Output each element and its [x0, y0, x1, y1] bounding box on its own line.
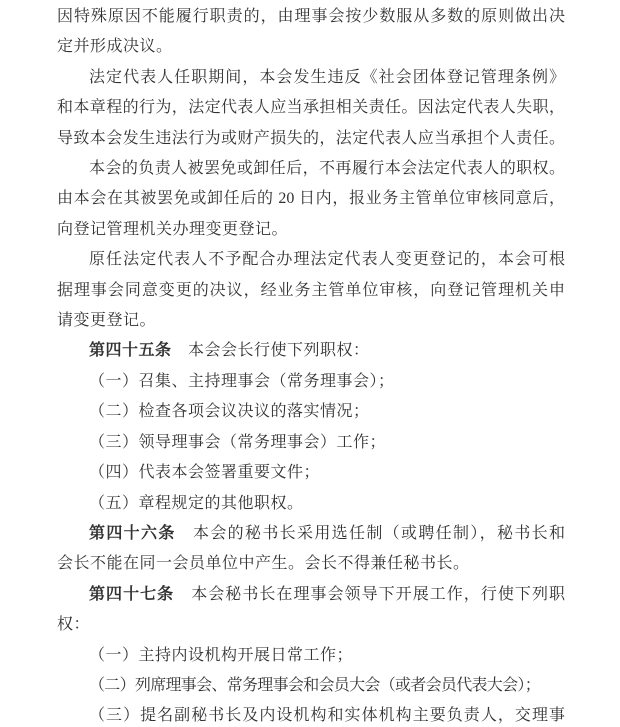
text-line: （二）检查各项会议决议的落实情况；	[57, 397, 565, 427]
text-line: （一）主持内设机构开展日常工作；	[57, 641, 565, 671]
text-segment: （二）检查各项会议决议的落实情况；	[89, 403, 370, 420]
text-line: （一）召集、主持理事会（常务理事会）；	[57, 367, 565, 397]
text-line: 据理事会同意变更的决议，经业务主管单位审核，向登记管理机关申	[57, 276, 565, 306]
article-number: 第四十六条	[89, 525, 176, 542]
text-line: （四）代表本会签署重要文件；	[57, 458, 565, 488]
text-line: （三）领导理事会（常务理事会）工作；	[57, 428, 565, 458]
text-line: 会长不能在同一会员单位中产生。会长不得兼任秘书长。	[57, 549, 565, 579]
text-segment: 原任法定代表人不予配合办理法定代表人变更登记的，本会可根	[89, 251, 565, 268]
text-segment: 由本会在其被罢免或卸任后的 20 日内，报业务主管单位审核同意后，	[57, 190, 565, 207]
text-line: 因特殊原因不能履行职责的，由理事会按少数服从多数的原则做出决	[57, 2, 565, 32]
document-text-block: 因特殊原因不能履行职责的，由理事会按少数服从多数的原则做出决定并形成决议。法定代…	[57, 2, 565, 727]
text-line: 向登记管理机关办理变更登记。	[57, 215, 565, 245]
text-line: （三）提名副秘书长及内设机构和实体机构主要负责人，交理事	[57, 701, 565, 727]
text-segment: （五）章程规定的其他职权。	[89, 495, 304, 512]
text-line: 由本会在其被罢免或卸任后的 20 日内，报业务主管单位审核同意后，	[57, 184, 565, 214]
text-line: 请变更登记。	[57, 306, 565, 336]
text-line: 定并形成决议。	[57, 32, 565, 62]
text-line: 法定代表人任职期间，本会发生违反《社会团体登记管理条例》	[57, 63, 565, 93]
document-page: 因特殊原因不能履行职责的，由理事会按少数服从多数的原则做出决定并形成决议。法定代…	[0, 0, 620, 727]
text-segment: 请变更登记。	[57, 312, 156, 329]
text-segment: 权：	[57, 616, 90, 633]
text-segment: （一）主持内设机构开展日常工作；	[89, 647, 353, 664]
text-line: 第四十六条 本会的秘书长采用选任制（或聘任制），秘书长和	[57, 519, 565, 549]
text-segment: 和本章程的行为，法定代表人应当承担相关责任。因法定代表人失职，	[57, 99, 565, 116]
text-segment: 本会的负责人被罢免或卸任后，不再履行本会法定代表人的职权。	[89, 160, 565, 177]
text-segment: 导致本会发生违法行为或财产损失的，法定代表人应当承担个人责任。	[57, 130, 565, 147]
text-segment: 因特殊原因不能履行职责的，由理事会按少数服从多数的原则做出决	[57, 8, 565, 25]
text-line: 本会的负责人被罢免或卸任后，不再履行本会法定代表人的职权。	[57, 154, 565, 184]
text-segment: （三）提名副秘书长及内设机构和实体机构主要负责人，交理事	[89, 707, 565, 724]
text-segment: 据理事会同意变更的决议，经业务主管单位审核，向登记管理机关申	[57, 282, 565, 299]
text-segment: （三）领导理事会（常务理事会）工作；	[89, 434, 386, 451]
text-line: （二）列席理事会、常务理事会和会员大会（或者会员代表大会）；	[57, 671, 565, 701]
text-line: 第四十五条 本会会长行使下列职权：	[57, 336, 565, 366]
article-number: 第四十七条	[89, 586, 174, 603]
text-segment: 本会的秘书长采用选任制（或聘任制），秘书长和	[176, 525, 565, 542]
text-segment: 向登记管理机关办理变更登记。	[57, 221, 288, 238]
text-line: （五）章程规定的其他职权。	[57, 489, 565, 519]
text-line: 和本章程的行为，法定代表人应当承担相关责任。因法定代表人失职，	[57, 93, 565, 123]
text-segment: （一）召集、主持理事会（常务理事会）；	[89, 373, 395, 390]
text-segment: 定并形成决议。	[57, 38, 173, 55]
text-segment: 会长不能在同一会员单位中产生。会长不得兼任秘书长。	[57, 555, 470, 572]
text-line: 第四十七条 本会秘书长在理事会领导下开展工作，行使下列职	[57, 580, 565, 610]
text-segment: 本会会长行使下列职权：	[172, 342, 370, 359]
text-segment: 法定代表人任职期间，本会发生违反《社会团体登记管理条例》	[89, 69, 565, 86]
text-segment: （四）代表本会签署重要文件；	[89, 464, 320, 481]
text-line: 导致本会发生违法行为或财产损失的，法定代表人应当承担个人责任。	[57, 124, 565, 154]
text-line: 权：	[57, 610, 565, 640]
text-line: 原任法定代表人不予配合办理法定代表人变更登记的，本会可根	[57, 245, 565, 275]
article-number: 第四十五条	[89, 342, 172, 359]
text-segment: 本会秘书长在理事会领导下开展工作，行使下列职	[174, 586, 565, 603]
text-segment: （二）列席理事会、常务理事会和会员大会（或者会员代表大会）；	[89, 677, 540, 694]
